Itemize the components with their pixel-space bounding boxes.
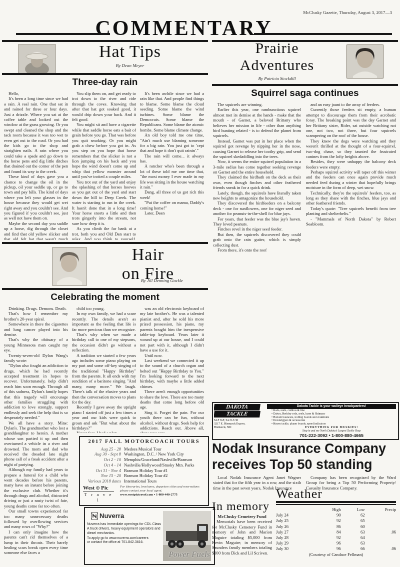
prairie-bottom-rule bbox=[212, 84, 398, 86]
motorcoach-contact: www.westpictravel.com • 1-800-440-2775 bbox=[120, 493, 205, 497]
in-memory-body-wrap: McClusky Cemetery Fund Memorials have be… bbox=[212, 514, 272, 564]
celebrating-col2-text: child too young.In my own family, we had… bbox=[72, 306, 136, 433]
celebrating-col1-text: Drinking. Drugs. Demons. Death.That's ho… bbox=[4, 306, 68, 555]
woman-dark-hair-portrait-graphic bbox=[347, 45, 383, 78]
motorcoach-tour-list: Aug 25 - 28Medora Musical TourAug 30 - S… bbox=[83, 446, 205, 484]
dakota-tackle-ad: DAKOTA TACKLE M-F 8-8; Sat 8-5:30 3217 E… bbox=[212, 402, 399, 440]
hat-tips-bottom-rule bbox=[2, 73, 208, 75]
motorcoach-ad-title: 2017 FALL MOTORCOACH TOURS bbox=[83, 439, 205, 445]
dakota-label-line1: DAKOTA bbox=[214, 404, 260, 411]
power-fuels-caption: Power Fuels bbox=[168, 550, 210, 559]
celebrating-col3-text: was an old electronic keyboard of my lat… bbox=[140, 306, 204, 433]
section-title: COMMENTARY bbox=[0, 16, 368, 41]
nuverra-logo: Nuverra bbox=[91, 512, 161, 520]
dakota-tackle-copy: Dakota Tackle is your walleye headquarte… bbox=[267, 404, 396, 437]
celebrating-column-3: was an old electronic keyboard of my lat… bbox=[140, 306, 204, 433]
hat-tips-column-2: You slip them on, and get ready to trot … bbox=[72, 91, 136, 240]
logo-word-west: West bbox=[83, 485, 95, 491]
newspaper-page: McClusky Gazette, Thursday, August 3, 20… bbox=[0, 0, 400, 567]
hat-tips-col2-text: You slip them on, and get ready to trot … bbox=[72, 91, 136, 240]
in-memory-body: Memorials have been received for McClusk… bbox=[212, 519, 272, 555]
dean-meyer-photo bbox=[18, 44, 56, 74]
weather-courtesy: (Courtesy of Candace Fellman) bbox=[276, 552, 396, 557]
weather-rule-thin bbox=[276, 504, 396, 505]
weather-table: HighLowPrecipJuly 249062July 259265July … bbox=[276, 507, 396, 552]
weather-rule-thick bbox=[276, 501, 396, 503]
in-memory-headline: In memory bbox=[212, 499, 272, 514]
hat-tips-title: Hat Tips bbox=[58, 42, 202, 62]
celebrating-column-2: child too young.In my own family, we had… bbox=[72, 306, 136, 433]
squirrel-col2-text: and an easy jaunt to the array of feeder… bbox=[306, 102, 396, 227]
commentary-rule-right bbox=[254, 33, 392, 35]
motorcoach-ad-content: 2017 FALL MOTORCOACH TOURS Aug 25 - 28Me… bbox=[83, 439, 205, 503]
nodak-headline: Nodak Insurance Company receives Top 50 … bbox=[212, 441, 398, 473]
nuverra-truck-photo: Power Fuels bbox=[163, 511, 211, 561]
hat-tips-byline-wrap: By Dean Meyer bbox=[58, 63, 202, 70]
nuverra-n-icon bbox=[91, 512, 98, 519]
hair-on-fire-title-line1: Hair bbox=[90, 245, 206, 264]
weather-table-wrap: HighLowPrecipJuly 249062July 259265July … bbox=[276, 507, 396, 563]
hat-tips-column-1: Hello,It's been a long time since we had… bbox=[4, 91, 68, 240]
celebrating-column-1: Drinking. Drugs. Demons. Death.That's ho… bbox=[4, 306, 68, 562]
squirrel-saga-headline: Squirrel saga continues bbox=[212, 88, 398, 99]
nuverra-ad-left: Nuverra Nuverra has immediate openings f… bbox=[87, 510, 161, 562]
hat-tips-col3-text: It's been awhile since we had a rain lik… bbox=[140, 91, 204, 216]
nuverra-brand: Nuverra bbox=[100, 512, 125, 520]
prairie-byline: By Patricia Stockdill bbox=[214, 76, 340, 81]
dakota-phone: 701-222-3092 • 1-800-880-4665 bbox=[267, 433, 396, 437]
cowboy-hat-portrait-graphic bbox=[19, 45, 55, 73]
gazette-dateline: McClusky Gazette, Thursday, August 3, 20… bbox=[240, 10, 392, 15]
weather-headline: Weather bbox=[276, 486, 396, 502]
squirrel-col1-text: The squirrels are winning.Earlier this y… bbox=[213, 102, 301, 253]
squirrel-column-2: and an easy jaunt to the array of feeder… bbox=[306, 102, 396, 398]
prairie-title-line2: Adventures bbox=[214, 58, 340, 75]
squirrel-column-1: The squirrels are winning.Earlier this y… bbox=[213, 102, 301, 398]
hair-on-fire-bottom-rule bbox=[2, 288, 208, 290]
hair-on-fire-byline: By Jill Denning Gackle bbox=[118, 278, 206, 283]
nuverra-ad: Nuverra Nuverra has immediate openings f… bbox=[84, 507, 215, 565]
globe-icon: ⊕ bbox=[96, 485, 100, 491]
prairie-byline-wrap: By Patricia Stockdill bbox=[214, 76, 340, 83]
nodak-headline-line1: Nodak Insurance Company bbox=[212, 441, 398, 457]
nodak-headline-line2: receives Top 50 standing bbox=[212, 457, 398, 473]
motorcoach-tours-ad: 2017 FALL MOTORCOACH TOURS Aug 25 - 28Me… bbox=[79, 436, 209, 506]
dakota-tackle-logo-block: DAKOTA TACKLE M-F 8-8; Sat 8-5:30 3217 E… bbox=[214, 404, 266, 437]
woman-portrait-graphic bbox=[53, 248, 86, 285]
westpic-travel-logo: West ⊕ Pic T r a v e l bbox=[83, 485, 120, 503]
dakota-label-line2: TACKLE bbox=[214, 411, 260, 418]
hat-tips-col1-text: Hello,It's been a long time since we had… bbox=[4, 91, 68, 240]
logo-word-pic: Pic bbox=[101, 485, 108, 491]
hair-on-fire-byline-wrap: By Jill Denning Gackle bbox=[118, 278, 206, 285]
nuverra-apply-line2: or contact the office at 701-842-3616. bbox=[87, 541, 161, 545]
three-day-rain-headline: Three-day rain bbox=[2, 77, 208, 88]
hat-tips-column-3: It's been awhile since we had a rain lik… bbox=[140, 91, 204, 240]
nuverra-body: Nuverra has immediate openings for CDL C… bbox=[87, 522, 161, 536]
jill-denning-gackle-photo bbox=[52, 247, 87, 286]
logo-word-travel: T r a v e l bbox=[83, 492, 114, 503]
prairie-title: Prairie Adventures bbox=[214, 41, 340, 75]
motorcoach-fine-print: For itineraries, brochures, departure ci… bbox=[120, 485, 205, 493]
celebrating-headline: Celebrating the moment bbox=[2, 292, 208, 303]
dakota-bullets: • Rods, reels, combos & line• Daiwa, Ber… bbox=[267, 409, 396, 426]
hat-tips-byline: By Dean Meyer bbox=[58, 63, 202, 68]
dakota-address2: Bismarck, ND bbox=[214, 426, 266, 430]
prairie-title-line1: Prairie bbox=[214, 41, 340, 58]
hair-on-fire-top-rule bbox=[2, 242, 208, 244]
patricia-stockdill-photo bbox=[346, 44, 384, 79]
commentary-rule-left bbox=[16, 33, 110, 35]
